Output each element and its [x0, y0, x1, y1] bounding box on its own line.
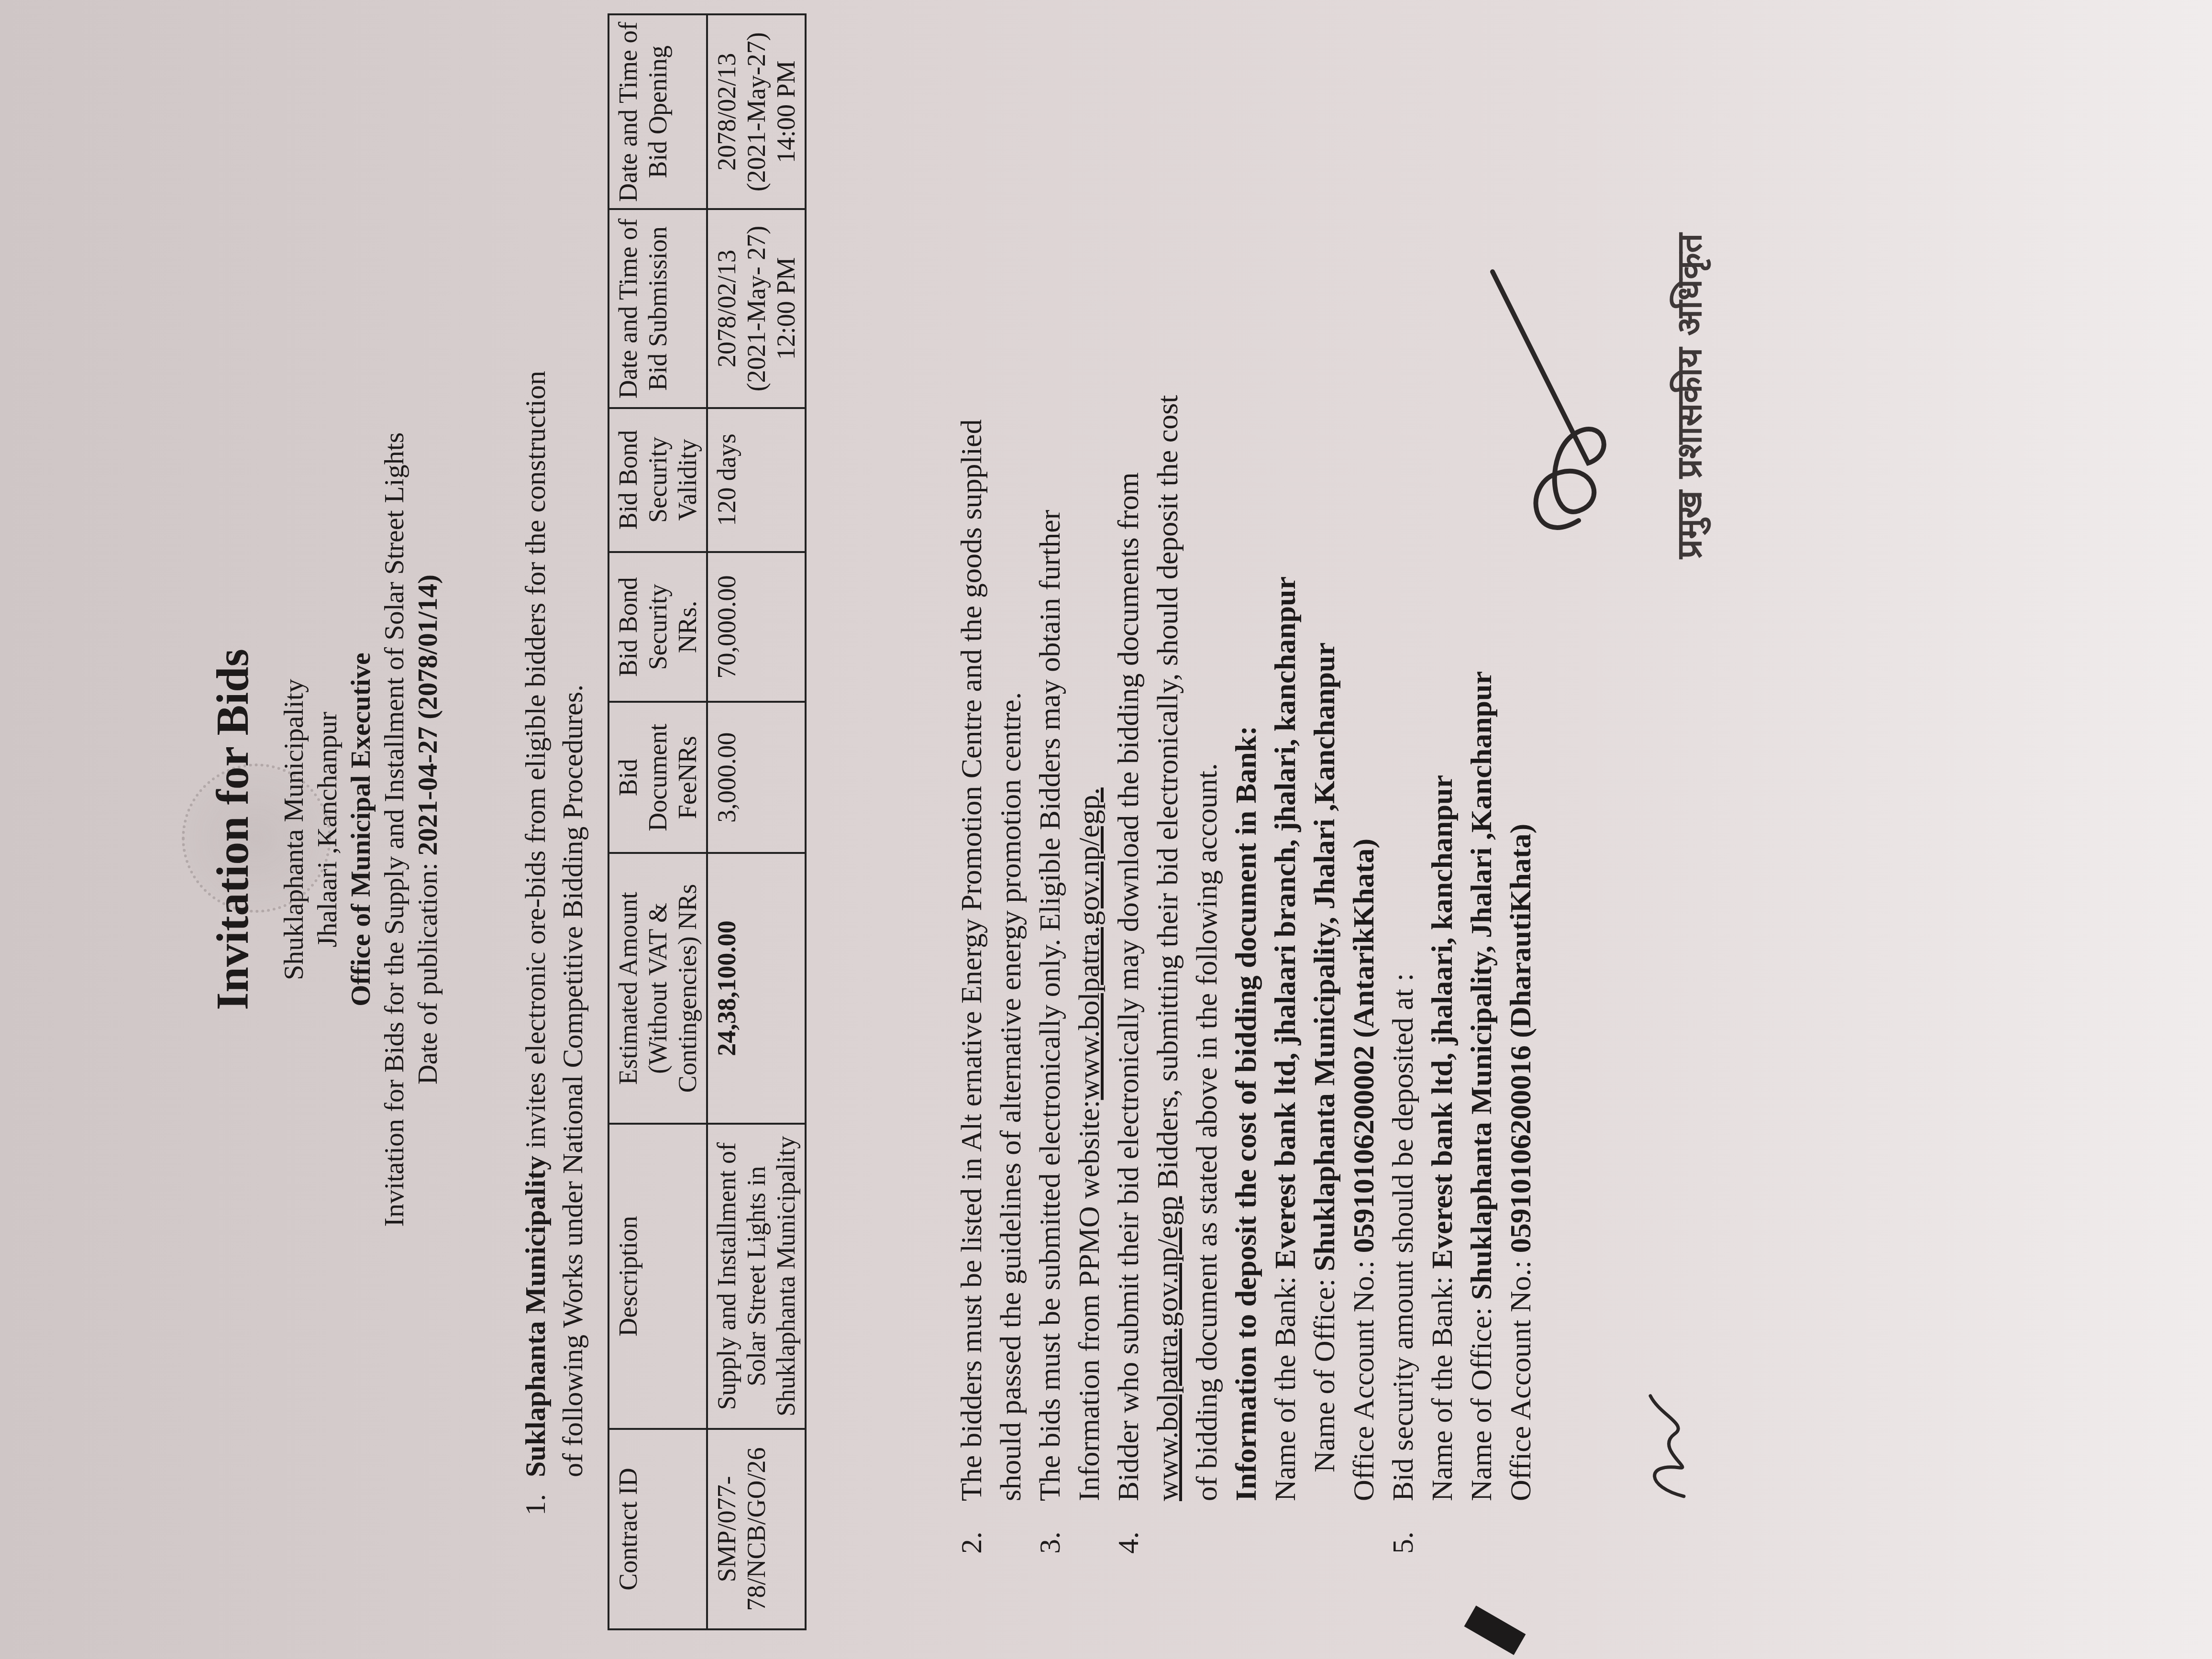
item-text: Bidder who submit their bid electronical… — [1109, 71, 1148, 1501]
item-text: The bidders must be listed in Alt ernati… — [952, 71, 991, 1501]
item-text: Information from PPMO website: — [1073, 1100, 1106, 1501]
item-text: The bids must be submitted electronicall… — [1030, 71, 1070, 1501]
account-value: 05910106200002 (AntarikKhata) — [1348, 839, 1380, 1253]
municipality-address: Jhalaari ,Kanchanpur — [311, 0, 343, 1659]
office-value: Shuklaphanta Municipality, Jhalari ,Kanc… — [1308, 642, 1341, 1271]
cell-bond-validity: 120 days — [707, 408, 806, 552]
bolpatra-link[interactable]: www.bolpatra.gov.np/egp. — [1073, 787, 1106, 1100]
paragraph-1: 1.Suklaphanta Municipality invites elect… — [517, 80, 591, 1515]
account-label: Office Account No.: — [1348, 1253, 1380, 1501]
cell-description: Supply and Installment of Solar Street L… — [707, 1124, 806, 1429]
publication-date: Date of publication: 2021-04-27 (2078/01… — [411, 0, 443, 1659]
bid-table: Contract ID Description Estimated Amount… — [608, 13, 807, 1630]
item-text: Bidders, submitting their bid electronic… — [1151, 395, 1184, 1196]
table-row: SMP/077-78/NCB/GO/26 Supply and Installm… — [707, 14, 806, 1629]
col-bond-security: Bid Bond Security NRs. — [608, 552, 707, 702]
item-number: 3. — [1030, 1501, 1109, 1554]
cell-estimated-amount: 24,38,100.00 — [707, 853, 806, 1124]
col-bond-validity: Bid Bond Security Validity — [608, 408, 707, 552]
col-opening: Date and Time of Bid Opening — [608, 14, 707, 209]
publication-value: 2021-04-27 (2078/01/14) — [412, 575, 443, 856]
table-header-row: Contract ID Description Estimated Amount… — [608, 14, 707, 1629]
bid-notice-page: Invitation for Bids Shuklaphanta Municip… — [0, 0, 2212, 1659]
office-label: Name of Office: — [1465, 1300, 1498, 1501]
col-estimated-amount: Estimated Amount (Without VAT & Continge… — [608, 853, 707, 1124]
cell-doc-fee: 3,000.00 — [707, 702, 806, 853]
item-text: Bid security amount should be deposited … — [1383, 71, 1423, 1501]
bank-value: Everest bank ltd, jhalaari branch, jhala… — [1269, 576, 1302, 1269]
item-number: 1. — [517, 1477, 554, 1515]
item-number: 4. — [1109, 1501, 1383, 1554]
municipality-name: Shuklaphanta Municipality — [277, 0, 310, 1659]
deposit-heading: Information to deposit the cost of biddi… — [1227, 71, 1266, 1501]
col-submission: Date and Time of Bid Submission — [608, 209, 707, 408]
account-label: Office Account No.: — [1504, 1253, 1537, 1501]
officer-stamp: प्रमुख प्रशासकीय अधिकृत — [1665, 233, 1712, 559]
org-name: Suklaphanta Municipality — [520, 1156, 551, 1477]
col-contract-id: Contract ID — [608, 1429, 707, 1629]
cell-bond-security: 70,000.00 — [707, 552, 806, 702]
para1-text: invites electronic ore-bids from eligibl… — [520, 371, 551, 1156]
list-item: 3. The bids must be submitted electronic… — [1030, 71, 1109, 1554]
cell-contract-id: SMP/077-78/NCB/GO/26 — [707, 1429, 806, 1629]
page-title: Invitation for Bids — [206, 0, 259, 1659]
item-number: 2. — [952, 1501, 1030, 1554]
account-value: 05910106200016 (DharautiKhata) — [1504, 824, 1537, 1253]
col-description: Description — [608, 1124, 707, 1429]
para1-text2: of following Works under National Compet… — [557, 685, 588, 1515]
bolpatra-link[interactable]: www.bolpatra.gov.np/egp — [1151, 1196, 1184, 1501]
notice-subject: Invitation for Bids for the Supply and I… — [378, 0, 410, 1659]
marker-stroke — [1464, 1605, 1526, 1655]
initials-signature-icon — [1626, 1382, 1703, 1506]
office-name: Office of Municipal Executive — [344, 0, 376, 1659]
col-doc-fee: Bid Document FeeNRs — [608, 702, 707, 853]
list-item: 2. The bidders must be listed in Alt ern… — [952, 71, 1030, 1554]
bank-label: Name of the Bank: — [1269, 1269, 1302, 1501]
publication-label: Date of publication: — [412, 856, 443, 1084]
list-item: 4. Bidder who submit their bid electroni… — [1109, 71, 1383, 1554]
item-number: 5. — [1383, 1501, 1540, 1554]
bank-label: Name of the Bank: — [1426, 1269, 1459, 1501]
signature-icon — [1435, 128, 1674, 702]
cell-submission: 2078/02/13 (2021-May- 27) 12:00 PM — [707, 209, 806, 408]
item-text: of bidding document as stated above in t… — [1187, 71, 1227, 1501]
office-label: Name of Office: — [1308, 1271, 1341, 1472]
office-value: Shuklaphanta Municipality, Jhalari ,Kanc… — [1465, 671, 1498, 1300]
cell-opening: 2078/02/13 (2021-May-27) 14:00 PM — [707, 14, 806, 209]
item-text: should passed the guidelines of alternat… — [991, 71, 1030, 1501]
bank-value: Everest bank ltd, jhalaari, kanchanpur — [1426, 775, 1459, 1269]
